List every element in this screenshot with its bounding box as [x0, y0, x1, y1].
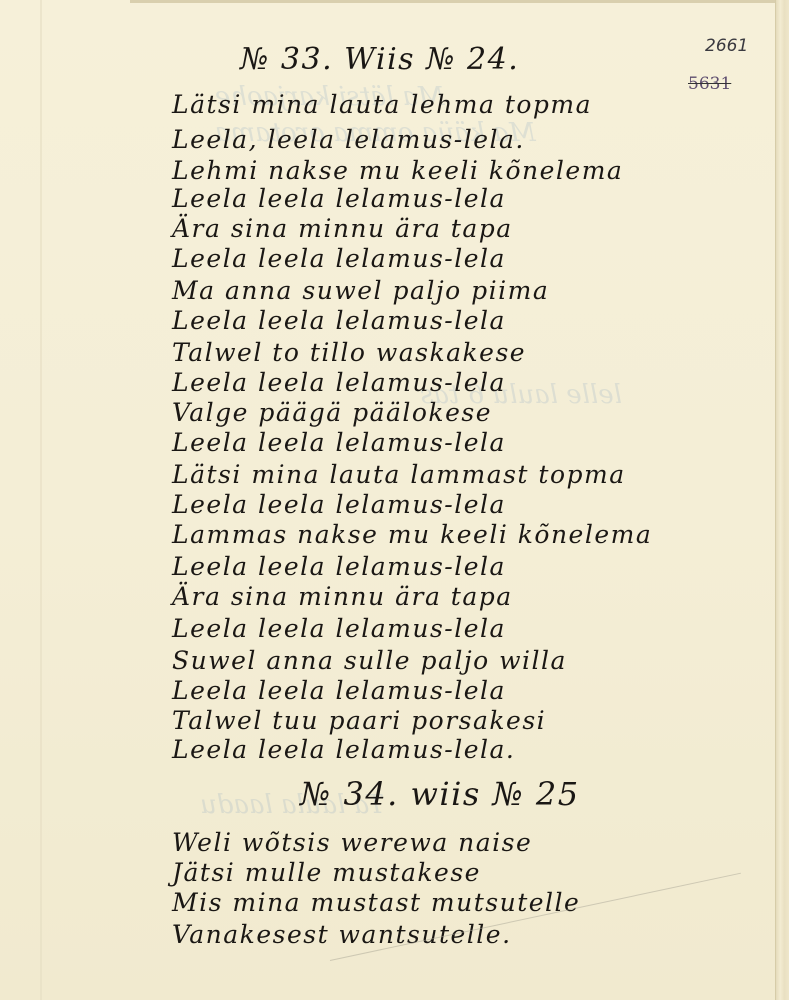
- verse-line: Leela, leela lelamus-lela.: [172, 125, 525, 154]
- page-right-edge: [775, 0, 789, 1000]
- verse-line: Talwel tuu paari porsakesi: [172, 706, 546, 735]
- song-heading-34: № 34. wiis № 25: [300, 775, 580, 813]
- verse-line: Leela leela lelamus-lela.: [172, 735, 515, 764]
- verse-line: Ära sina minnu ära tapa: [172, 582, 513, 611]
- verse-line: Leela leela lelamus-lela: [172, 676, 506, 705]
- song-heading-33: № 33. Wiis № 24.: [240, 42, 519, 77]
- verse-line: Weli wõtsis werewa naise: [172, 828, 532, 857]
- verse-line: Leela leela lelamus-lela: [172, 184, 506, 213]
- verse-line: Lätsi mina lauta lehma topma: [172, 90, 592, 119]
- verse-line: Lätsi mina lauta lammast topma: [172, 460, 626, 489]
- page-top-edge: [130, 0, 775, 3]
- old-archive-number-struck: 5631: [688, 74, 731, 94]
- verse-line: Leela leela lelamus-lela: [172, 552, 506, 581]
- verse-line: Talwel to tillo waskakese: [172, 338, 526, 367]
- verse-line: Ära sina minnu ära tapa: [172, 214, 513, 243]
- verse-line: Valge päägä päälokese: [172, 398, 492, 427]
- verse-line: Lammas nakse mu keeli kõnelema: [172, 520, 652, 549]
- verse-line: Ma anna suwel paljo piima: [172, 276, 549, 305]
- verse-line: Leela leela lelamus-lela: [172, 368, 506, 397]
- verse-line: Leela leela lelamus-lela: [172, 614, 506, 643]
- verse-line: Mis mina mustast mutsutelle: [172, 888, 580, 917]
- paper-fold-line: [40, 0, 42, 1000]
- verse-line: Vanakesest wantsutelle.: [172, 920, 512, 949]
- verse-line: Lehmi nakse mu keeli kõnelema: [172, 156, 623, 185]
- verse-line: Jätsi mulle mustakese: [172, 858, 481, 887]
- verse-line: Leela leela lelamus-lela: [172, 490, 506, 519]
- verse-line: Leela leela lelamus-lela: [172, 428, 506, 457]
- verse-line: Leela leela lelamus-lela: [172, 306, 506, 335]
- verse-line: Suwel anna sulle paljo willa: [172, 646, 567, 675]
- archive-number: 2661: [705, 36, 748, 56]
- verse-line: Leela leela lelamus-lela: [172, 244, 506, 273]
